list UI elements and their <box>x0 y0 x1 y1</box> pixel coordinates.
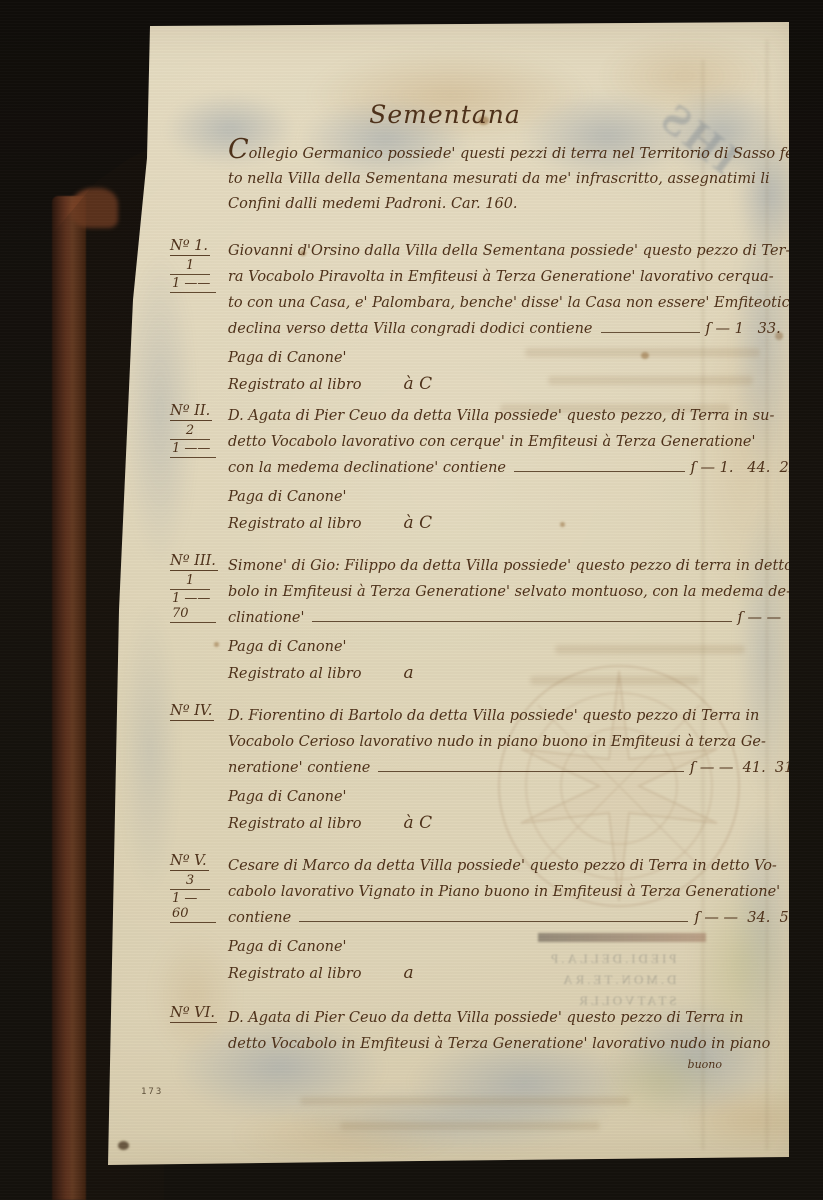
entry-body: D. Agata di Pier Ceuo da detta Villa pos… <box>228 403 788 537</box>
entry-line: Giovanni d'Orsino dalla Villa della Seme… <box>228 238 798 264</box>
entry-number: Nº II. <box>170 403 212 421</box>
registrato-line: Registrato al libroà C <box>228 810 788 837</box>
catchword: buono <box>228 1057 788 1073</box>
entry-fraction-top: 3 <box>170 873 210 890</box>
entry-fraction-top: 1 <box>170 258 210 275</box>
entry-fraction-bottom: 1 —— <box>170 440 216 458</box>
measure-value: ſ — — 40 —— <box>738 605 823 631</box>
registrato-text: Registrato al libro <box>228 811 362 837</box>
entry-fraction-bottom: 1 —— <box>170 275 216 293</box>
entry-number: Nº 1. <box>170 238 210 256</box>
entry-line: bolo in Emfiteusi à Terza Generatione' s… <box>228 579 823 605</box>
entry-measure-line: neratione' contieneſ — — 41. 31. <box>228 755 798 781</box>
paga-di-canone-line: Paga di Canone' <box>228 934 788 960</box>
entry-body: Giovanni d'Orsino dalla Villa della Seme… <box>228 238 798 398</box>
entry-line-text: clinatione' <box>228 605 304 631</box>
header-line: Confini dalli medemi Padroni. Car. 160. <box>228 192 784 217</box>
paga-di-canone-line: Paga di Canone' <box>228 634 823 660</box>
entry-margin: Nº 1. 1 1 —— <box>170 238 228 398</box>
entry-line: ra Vocabolo Piravolta in Emfiteusi à Ter… <box>228 264 798 290</box>
header-line: to nella Villa della Sementana mesurati … <box>228 167 784 192</box>
entry-body: Cesare di Marco da detta Villa possiede'… <box>228 853 788 987</box>
header-line: Collegio Germanico possiede' questi pezz… <box>228 140 784 167</box>
registrato-letter: à C <box>404 810 433 836</box>
paga-di-canone-line: Paga di Canone' <box>228 484 788 510</box>
fill-rule <box>378 771 683 772</box>
entry-line: detto Vocabolo in Emfiteusi à Terza Gene… <box>228 1031 788 1057</box>
registrato-letter: a <box>404 660 414 686</box>
register-entry: Nº 1. 1 1 —— Giovanni d'Orsino dalla Vil… <box>170 238 788 398</box>
paga-di-canone-line: Paga di Canone' <box>228 784 788 810</box>
entry-line: D. Fiorentino di Bartolo da detta Villa … <box>228 703 788 729</box>
fill-rule <box>312 621 731 622</box>
fill-rule <box>299 921 688 922</box>
entry-line: D. Agata di Pier Ceuo da detta Villa pos… <box>228 1005 788 1031</box>
entry-line: detto Vocabolo lavorativo con cerque' in… <box>228 429 788 455</box>
entry-line-text: contiene <box>228 905 291 931</box>
entry-line-text: con la medema declinatione' contiene <box>228 455 506 481</box>
registrato-letter: à C <box>404 510 433 536</box>
entry-number: Nº V. <box>170 853 209 871</box>
entry-margin: Nº IV. <box>170 703 228 837</box>
register-entry: Nº II. 2 1 —— D. Agata di Pier Ceuo da d… <box>170 403 788 537</box>
entry-body: Simone' di Gio: Filippo da detta Villa p… <box>228 553 823 687</box>
entry-line-text: neratione' contiene <box>228 755 370 781</box>
measure-value: ſ — — 34. 50 <box>694 905 798 931</box>
page-title: Sementana <box>150 100 740 129</box>
entry-number: Nº IV. <box>170 703 214 721</box>
entry-line-text: declina verso detta Villa congradi dodic… <box>228 316 593 342</box>
header-paragraph: Collegio Germanico possiede' questi pezz… <box>228 140 784 217</box>
entry-body: D. Fiorentino di Bartolo da detta Villa … <box>228 703 788 837</box>
entry-fraction-bottom: 1 —— 70 <box>170 590 216 623</box>
entry-margin: Nº V. 3 1 — 60 <box>170 853 228 987</box>
registrato-text: Registrato al libro <box>228 372 362 398</box>
measure-value: ſ — — 41. 31. <box>690 755 798 781</box>
entry-measure-line: declina verso detta Villa congradi dodic… <box>228 316 808 342</box>
entry-line: Vocabolo Cerioso lavorativo nudo in pian… <box>228 729 788 755</box>
entry-line: Cesare di Marco da detta Villa possiede'… <box>228 853 788 879</box>
entry-fraction: 1 1 —— 70 <box>170 573 214 623</box>
entry-line: to con una Casa, e' Palombara, benche' d… <box>228 290 798 316</box>
entry-measure-line: clinatione'ſ — — 40 —— <box>228 605 823 631</box>
paga-di-canone-line: Paga di Canone' <box>228 345 798 371</box>
entry-line: cabolo lavorativo Vignato in Piano buono… <box>228 879 788 905</box>
entry-number: Nº VI. <box>170 1005 217 1023</box>
entry-measure-line: contieneſ — — 34. 50 <box>228 905 798 931</box>
entry-line: Simone' di Gio: Filippo da detta Villa p… <box>228 553 823 579</box>
entry-measure-line: con la medema declinatione' contieneſ — … <box>228 455 798 481</box>
measure-value: ſ — 1. 44. 22 <box>691 455 798 481</box>
registrato-line: Registrato al libroà C <box>228 510 788 537</box>
registrato-line: Registrato al libroa <box>228 660 823 687</box>
manuscript-photo: IHS # PIEDI.DELLA.P D.MON.TE.RA STATVOLL… <box>0 0 823 1200</box>
entry-margin: Nº III. 1 1 —— 70 <box>170 553 228 687</box>
register-entry: Nº IV. D. Fiorentino di Bartolo da detta… <box>170 703 788 837</box>
registrato-text: Registrato al libro <box>228 961 362 987</box>
shelf-mark-stamp: 173 <box>141 1088 163 1096</box>
entry-line: D. Agata di Pier Ceuo da detta Villa pos… <box>228 403 788 429</box>
registrato-letter: a <box>404 960 414 986</box>
registrato-line: Registrato al libroà C <box>228 371 798 398</box>
entry-fraction: 2 1 —— <box>170 423 214 458</box>
register-entry: Nº V. 3 1 — 60 Cesare di Marco da detta … <box>170 853 788 987</box>
registrato-text: Registrato al libro <box>228 511 362 537</box>
registrato-text: Registrato al libro <box>228 661 362 687</box>
entry-fraction-top: 2 <box>170 423 210 440</box>
entry-fraction: 3 1 — 60 <box>170 873 214 923</box>
entry-number: Nº III. <box>170 553 218 571</box>
fill-rule <box>514 471 685 472</box>
entry-body: D. Agata di Pier Ceuo da detta Villa pos… <box>228 1005 788 1073</box>
entry-fraction-bottom: 1 — 60 <box>170 890 216 923</box>
entry-margin: Nº II. 2 1 —— <box>170 403 228 537</box>
entry-fraction-top: 1 <box>170 573 210 590</box>
registrato-line: Registrato al libroa <box>228 960 788 987</box>
register-entry: Nº VI. D. Agata di Pier Ceuo da detta Vi… <box>170 1005 788 1073</box>
entry-margin: Nº VI. <box>170 1005 228 1073</box>
entry-fraction: 1 1 —— <box>170 258 214 293</box>
register-entry: Nº III. 1 1 —— 70 Simone' di Gio: Filipp… <box>170 553 788 687</box>
fill-rule <box>601 332 700 333</box>
registrato-letter: à C <box>404 371 433 397</box>
measure-value: ſ — 1 33. 26 <box>706 316 809 342</box>
